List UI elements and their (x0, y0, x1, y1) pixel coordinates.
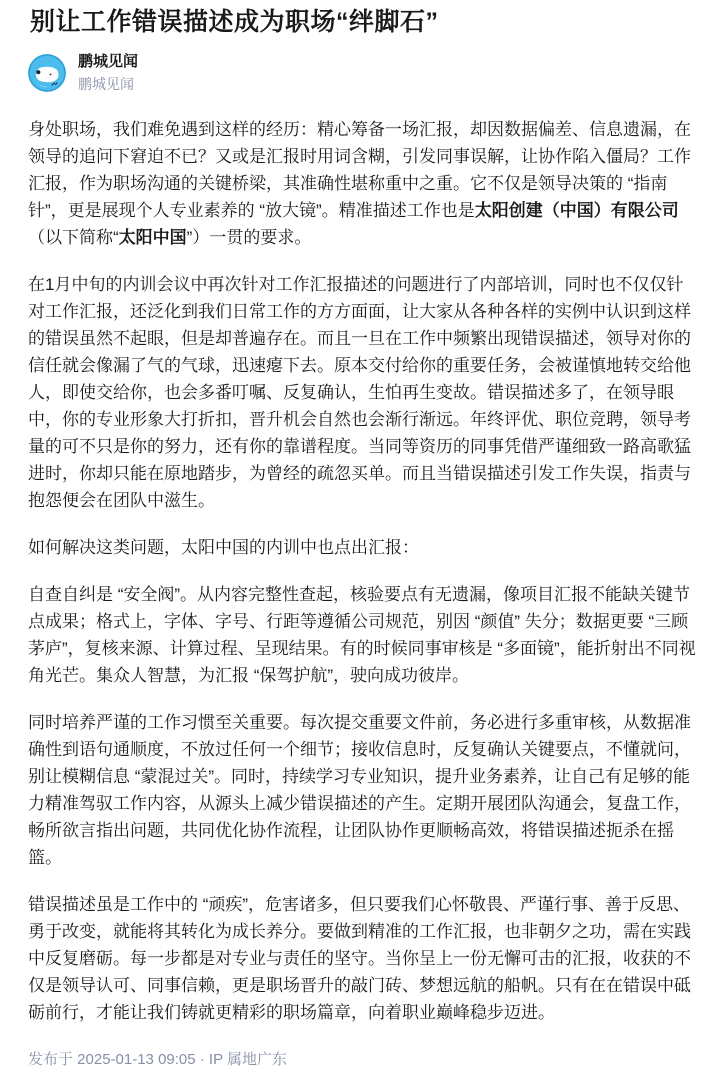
author-name[interactable]: 鹏城见闻 (78, 52, 138, 72)
author-avatar[interactable] (28, 54, 66, 92)
text-segment: （以下简称“ (28, 228, 119, 247)
author-row: 鹏城见闻 鹏城见闻 (28, 52, 700, 95)
text-segment: 错误描述虽是工作中的 “顽疾”，危害诸多，但只要我们心怀敬畏、严谨行事、善于反思… (28, 895, 691, 1022)
article-paragraph: 如何解决这类问题，太阳中国的内训中也点出汇报： (28, 534, 700, 561)
article-paragraph: 在1月中旬的内训会议中再次针对工作汇报描述的问题进行了内部培训，同时也不仅仅针对… (28, 271, 700, 514)
article-title: 别让工作错误描述成为职场“绊脚石” (30, 6, 700, 40)
author-headline: 鹏城见闻 (78, 75, 138, 95)
text-segment: 如何解决这类问题，太阳中国的内训中也点出汇报： (28, 538, 419, 557)
publish-info: 发布于 2025-01-13 09:05 · IP 属地广东 (28, 1049, 700, 1070)
bold-text-segment: 太阳创建（中国）有限公司 (475, 201, 679, 220)
author-meta: 鹏城见闻 鹏城见闻 (78, 52, 138, 95)
article-paragraph: 错误描述虽是工作中的 “顽疾”，危害诸多，但只要我们心怀敬畏、严谨行事、善于反思… (28, 891, 700, 1026)
article-paragraph: 自查自纠是 “安全阀”。从内容完整性查起，核验要点有无遗漏，像项目汇报不能缺关键… (28, 581, 700, 689)
bold-text-segment: 太阳中国 (119, 228, 187, 247)
article-paragraph: 身处职场，我们难免遇到这样的经历：精心筹备一场汇报，却因数据偏差、信息遗漏，在领… (28, 116, 700, 251)
article-body: 身处职场，我们难免遇到这样的经历：精心筹备一场汇报，却因数据偏差、信息遗漏，在领… (28, 116, 700, 1026)
text-segment: 同时培养严谨的工作习惯至关重要。每次提交重要文件前，务必进行多重审核，从数据准确… (28, 713, 691, 867)
text-segment: 自查自纠是 “安全阀”。从内容完整性查起，核验要点有无遗漏，像项目汇报不能缺关键… (28, 585, 696, 685)
text-segment: ”）一贯的要求。 (187, 228, 312, 247)
article-page: 别让工作错误描述成为职场“绊脚石” 鹏城见闻 鹏城见闻 身处职场，我们难免遇到这… (0, 0, 726, 1086)
article-paragraph: 同时培养严谨的工作习惯至关重要。每次提交重要文件前，务必进行多重审核，从数据准确… (28, 709, 700, 871)
avatar-dog-icon (28, 54, 66, 92)
text-segment: 在1月中旬的内训会议中再次针对工作汇报描述的问题进行了内部培训，同时也不仅仅针对… (28, 275, 691, 510)
